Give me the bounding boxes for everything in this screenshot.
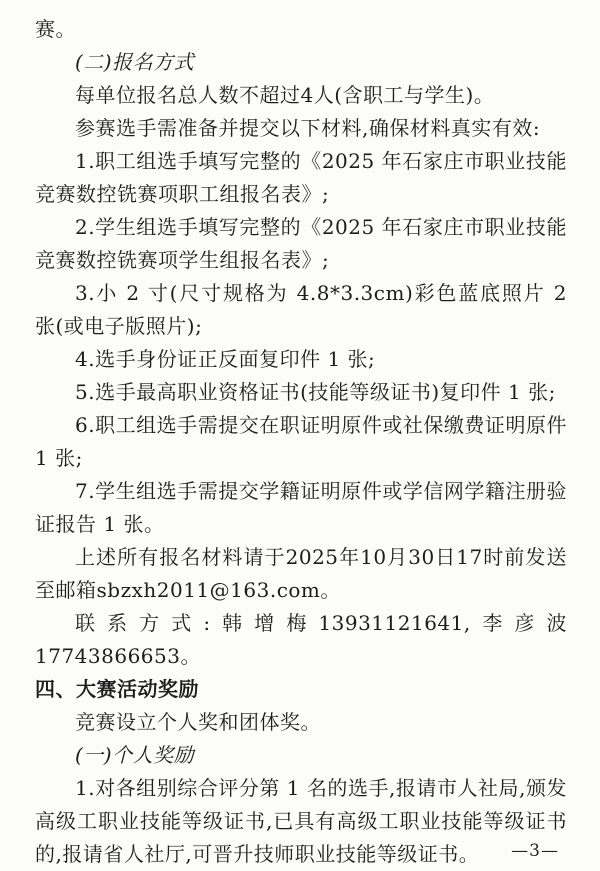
paragraph-awards-intro: 竞赛设立个人奖和团体奖。 (35, 706, 567, 739)
list-item-6-employment-proof: 6.职工组选手需提交在职证明原件或社保缴费证明原件 1 张; (35, 409, 567, 475)
paragraph-materials-intro: 参赛选手需准备并提交以下材料,确保材料真实有效: (35, 112, 567, 145)
list-item-5-certificate-copy: 5.选手最高职业资格证书(技能等级证书)复印件 1 张; (35, 376, 567, 409)
paragraph-first-place-award: 1.对各组别综合评分第 1 名的选手,报请市人社局,颁发高级工职业技能等级证书,… (35, 772, 567, 871)
list-item-7-student-proof: 7.学生组选手需提交学籍证明原件或学信网学籍注册验证报告 1 张。 (35, 475, 567, 541)
list-item-3-photos: 3.小 2 寸(尺寸规格为 4.8*3.3cm)彩色蓝底照片 2 张(或电子版照… (35, 277, 567, 343)
document-page: 赛。 (二)报名方式 每单位报名总人数不超过4人(含职工与学生)。 参赛选手需准… (0, 0, 600, 871)
paragraph-deadline-email: 上述所有报名材料请于2025年10月30日17时前发送至邮箱sbzxh2011@… (35, 541, 567, 607)
page-number: —3— (511, 841, 559, 861)
list-item-1-worker-form: 1.职工组选手填写完整的《2025 年石家庄市职业技能竞赛数控铣赛项职工组报名表… (35, 145, 567, 211)
list-item-2-student-form: 2.学生组选手填写完整的《2025 年石家庄市职业技能竞赛数控铣赛项学生组报名表… (35, 211, 567, 277)
paragraph-contacts: 联系方式:韩增梅13931121641,李彦波17743866653。 (35, 607, 567, 673)
paragraph-continuation: 赛。 (35, 13, 567, 46)
paragraph-quota: 每单位报名总人数不超过4人(含职工与学生)。 (35, 79, 567, 112)
heading-individual-awards: (一)个人奖励 (35, 739, 567, 772)
heading-awards-section: 四、大赛活动奖励 (35, 673, 567, 706)
list-item-4-id-copy: 4.选手身份证正反面复印件 1 张; (35, 343, 567, 376)
heading-registration-method: (二)报名方式 (35, 46, 567, 79)
